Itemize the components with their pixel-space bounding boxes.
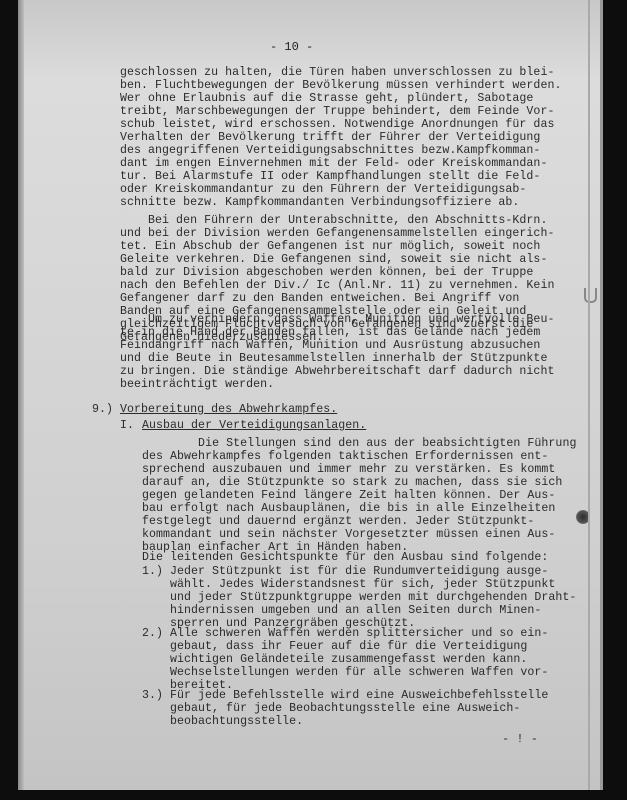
text-line: schub leistet, wird erschossen. Notwendi… xyxy=(120,119,554,131)
text-line: geschlossen zu halten, die Türen haben u… xyxy=(120,67,554,79)
text-line: bald zur Division abgeschoben werden kön… xyxy=(120,267,533,279)
text-line: beobachtungsstelle. xyxy=(170,716,303,728)
text-line: treibt, Marschbewegungen der Truppe behi… xyxy=(120,106,554,118)
footer-mark: - ! - xyxy=(502,732,538,746)
text-line: des angegriffenen Verteidigungsabschnitt… xyxy=(120,145,540,157)
lead-in: Die leitenden Gesichtspunkte für den Aus… xyxy=(142,552,548,564)
text-line: und die Beute in Beutesammelstellen inne… xyxy=(120,353,547,365)
subsection-title: Ausbau der Verteidigungsanlagen. xyxy=(142,420,366,432)
item-number: 2.) xyxy=(142,628,163,640)
text-line: Feindangriff nach Waffen, Munition und A… xyxy=(120,340,540,352)
text-line: hindernissen umgeben und an allen Seiten… xyxy=(170,605,541,617)
text-line: Alle schweren Waffen werden splittersich… xyxy=(170,628,548,640)
text-line: darauf an, die Stützpunkte so stark zu m… xyxy=(142,477,562,489)
ink-blot xyxy=(576,510,590,524)
text-line: kommandant und sein nächster Vorgesetzte… xyxy=(142,529,555,541)
text-line: nach den Befehlen der Div./ Ic (Anl.Nr. … xyxy=(120,280,554,292)
section-number: 9.) xyxy=(92,404,113,416)
text-line: bau erfolgt nach Ausbauplänen, die bis i… xyxy=(142,503,555,515)
text-line: festgelegt und dauernd ergänzt werden. J… xyxy=(142,516,534,528)
text-line: Wechselstellungen werden für alle schwer… xyxy=(170,667,548,679)
item-number: 1.) xyxy=(142,566,163,578)
text-line: Um zu verhindern, dass Waffen, Munition … xyxy=(120,314,554,326)
text-line: tet. Ein Abschub der Gefangenen ist nur … xyxy=(120,241,540,253)
text-line: tur. Bei Alarmstufe II oder Kampfhandlun… xyxy=(120,171,540,183)
text-line: gebaut, für jede Beobachtungsstelle eine… xyxy=(170,703,520,715)
text-line: Für jede Befehlsstelle wird eine Ausweic… xyxy=(170,690,548,702)
page-number: - 10 - xyxy=(270,40,313,54)
text-line: zu bringen. Die ständige Abwehrbereitsch… xyxy=(120,366,554,378)
text-line: wichtigen Geländeteile zusammengefasst w… xyxy=(170,654,527,666)
text-line: Gefangener darf zu den Banden entweichen… xyxy=(120,293,519,305)
section-title: Vorbereitung des Abwehrkampfes. xyxy=(120,404,337,416)
text-line: gebaut, dass ihr Feuer auf die für die V… xyxy=(170,641,527,653)
text-line: schnitte bezw. Kampfkommandanten Verbind… xyxy=(120,197,519,209)
text-line: wählt. Jedes Widerstandsnest für sich, j… xyxy=(170,579,555,591)
item-number: 3.) xyxy=(142,690,163,702)
text-line: gegen gelandeten Feind längere Zeit halt… xyxy=(142,490,555,502)
text-line: dant im engen Einvernehmen mit der Feld-… xyxy=(120,158,547,170)
text-line: des Abwehrkampfes folgenden taktischen E… xyxy=(142,451,548,463)
subsection-number: I. xyxy=(120,420,134,432)
text-line: und jeder Stützpunktgruppe werden mit du… xyxy=(170,592,576,604)
text-line: und bei der Division werden Gefangenensa… xyxy=(120,228,554,240)
text-line: Wer ohne Erlaubnis auf die Strasse geht,… xyxy=(120,93,533,105)
document-page: - 10 - geschlossen zu halten, die Türen … xyxy=(18,0,603,790)
text-line: Verhalten der Bevölkerung trifft der Füh… xyxy=(120,132,540,144)
text-line: Geleite verkehren. Die Gefangenen sind, … xyxy=(120,254,547,266)
text-line: te in die Hand der Banden fallen, ist da… xyxy=(120,327,540,339)
text-line: beeinträchtigt werden. xyxy=(120,379,274,391)
text-line: ben. Fluchtbewegungen der Bevölkerung mü… xyxy=(120,80,561,92)
text-line: Jeder Stützpunkt ist für die Rundumverte… xyxy=(170,566,548,578)
staple-mark xyxy=(584,288,597,303)
text-line: oder Kreiskommandantur zu den Führern de… xyxy=(120,184,526,196)
text-line: Die Stellungen sind den aus der beabsich… xyxy=(142,438,576,450)
text-line: Bei den Führern der Unterabschnitte, den… xyxy=(120,215,547,227)
text-line: sprechend auszubauen und immer mehr zu v… xyxy=(142,464,555,476)
